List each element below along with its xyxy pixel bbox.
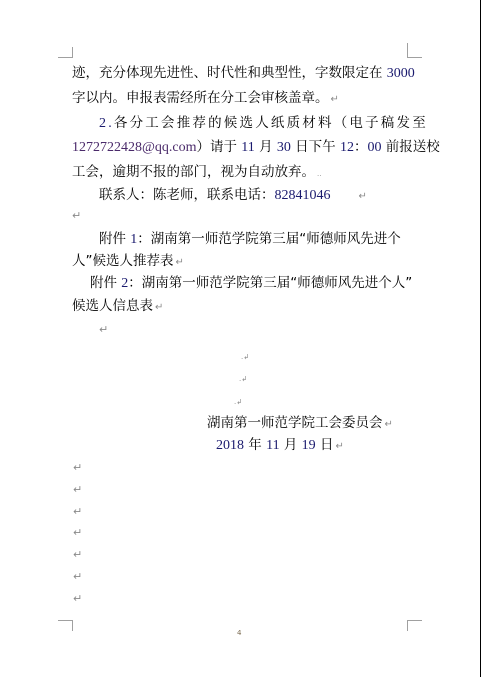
paragraph-line[interactable]: 人”候选人推荐表↵: [72, 251, 184, 273]
spacer-mark-icon: .↲: [241, 353, 249, 361]
paragraph-mark-icon: ↵: [331, 94, 339, 105]
body-text: ）请于: [197, 139, 242, 155]
paragraph-mark-icon: ↵: [73, 527, 82, 539]
body-text: 字以内。申报表需经所在分工会审核盖章。: [72, 90, 329, 106]
crop-mark-bottom-left: [58, 620, 73, 631]
body-text: ：湖南第一师范学院第三届“师德师风先进个: [137, 231, 401, 247]
body-text: 附件: [99, 231, 130, 247]
day-number: 30: [277, 140, 291, 155]
date-label: 月: [280, 437, 302, 453]
date-day: 19: [302, 438, 316, 453]
phone-number: 82841046: [275, 188, 331, 203]
body-text: ：湖南第一师范学院第三届“师德师风先进个人”: [128, 275, 412, 291]
page-number: 4: [237, 629, 241, 637]
month-number: 11: [241, 140, 254, 155]
body-text: 月: [255, 139, 277, 155]
paragraph-line[interactable]: 联系人：陈老师，联系电话：82841046↵: [99, 185, 367, 207]
crop-mark-bottom-right: [407, 620, 422, 631]
paragraph-mark-icon: ↵: [335, 441, 343, 452]
paragraph-mark-icon: ↵: [155, 302, 163, 313]
paragraph-line[interactable]: 候选人信息表↵: [72, 296, 163, 318]
paragraph-mark-icon: ↵: [176, 257, 184, 268]
paragraph-line[interactable]: 2.各分工会推荐的候选人纸质材料（电子稿发至: [99, 113, 428, 134]
body-text: 迹，充分体现先进性、时代性和典型性，字数限定在: [72, 65, 387, 81]
spacer-mark-icon: .↲: [239, 375, 247, 383]
paragraph-mark-icon: ↵: [73, 462, 82, 474]
date-year: 2018: [216, 438, 244, 453]
body-text: 附件: [90, 275, 121, 291]
document-page: 迹，充分体现先进性、时代性和典型性，字数限定在 3000 字以内。申报表需经所在…: [0, 0, 481, 677]
body-text: 前报送校: [381, 139, 439, 155]
attachment-2-line[interactable]: 附件 2：湖南第一师范学院第三届“师德师风先进个人”: [90, 273, 412, 294]
body-text: 日下午: [291, 139, 340, 155]
email-address[interactable]: 1272722428@qq.com: [72, 140, 197, 155]
paragraph-mark-icon: ..: [317, 170, 321, 178]
word-limit-number: 3000: [387, 66, 415, 81]
paragraph-line[interactable]: 字以内。申报表需经所在分工会审核盖章。↵: [72, 88, 339, 110]
body-text: 各分工会推荐的候选人纸质材料（电子稿发至: [114, 115, 428, 131]
paragraph-line[interactable]: 工会，逾期不报的部门，视为自动放弃。..: [72, 162, 321, 184]
paragraph-mark-icon: ↵: [73, 593, 82, 605]
body-text: ：: [354, 139, 368, 155]
date-label: 日: [316, 437, 334, 453]
paragraph-mark-icon: ↵: [73, 571, 82, 583]
paragraph-mark-icon: ↵: [385, 419, 393, 430]
paragraph-line[interactable]: 1272722428@qq.com）请于 11 月 30 日下午 12：00 前…: [72, 137, 440, 158]
paragraph-mark-icon: ↵: [359, 191, 367, 202]
body-text: 候选人信息表: [72, 298, 153, 314]
crop-mark-top-right: [407, 43, 422, 58]
hour-number: 12: [340, 140, 354, 155]
body-text: 工会，逾期不报的部门，视为自动放弃。: [72, 164, 315, 180]
org-name: 湖南第一师范学院工会委员会: [207, 415, 383, 431]
date-label: 年: [244, 437, 266, 453]
paragraph-mark-icon: ↵: [72, 210, 81, 222]
paragraph-mark-icon: ↵: [73, 549, 82, 561]
spacer-mark-icon: .↲: [234, 398, 242, 406]
paragraph-mark-icon: ↵: [73, 506, 82, 518]
contact-text: 联系人：陈老师，联系电话：: [99, 187, 275, 203]
paragraph-mark-icon: ↵: [73, 484, 82, 496]
crop-mark-top-left: [58, 47, 73, 58]
paragraph-line[interactable]: 迹，充分体现先进性、时代性和典型性，字数限定在 3000: [72, 63, 415, 84]
minute-number: 00: [367, 140, 381, 155]
signature-date[interactable]: 2018 年 11 月 19 日↵: [216, 435, 344, 457]
signature-org[interactable]: 湖南第一师范学院工会委员会↵: [207, 413, 393, 435]
date-month: 11: [266, 438, 279, 453]
list-number: 2.: [99, 116, 114, 131]
body-text: 人”候选人推荐表: [72, 253, 174, 269]
paragraph-mark-icon: ↵: [99, 324, 108, 336]
attachment-1-line[interactable]: 附件 1：湖南第一师范学院第三届“师德师风先进个: [99, 229, 401, 250]
